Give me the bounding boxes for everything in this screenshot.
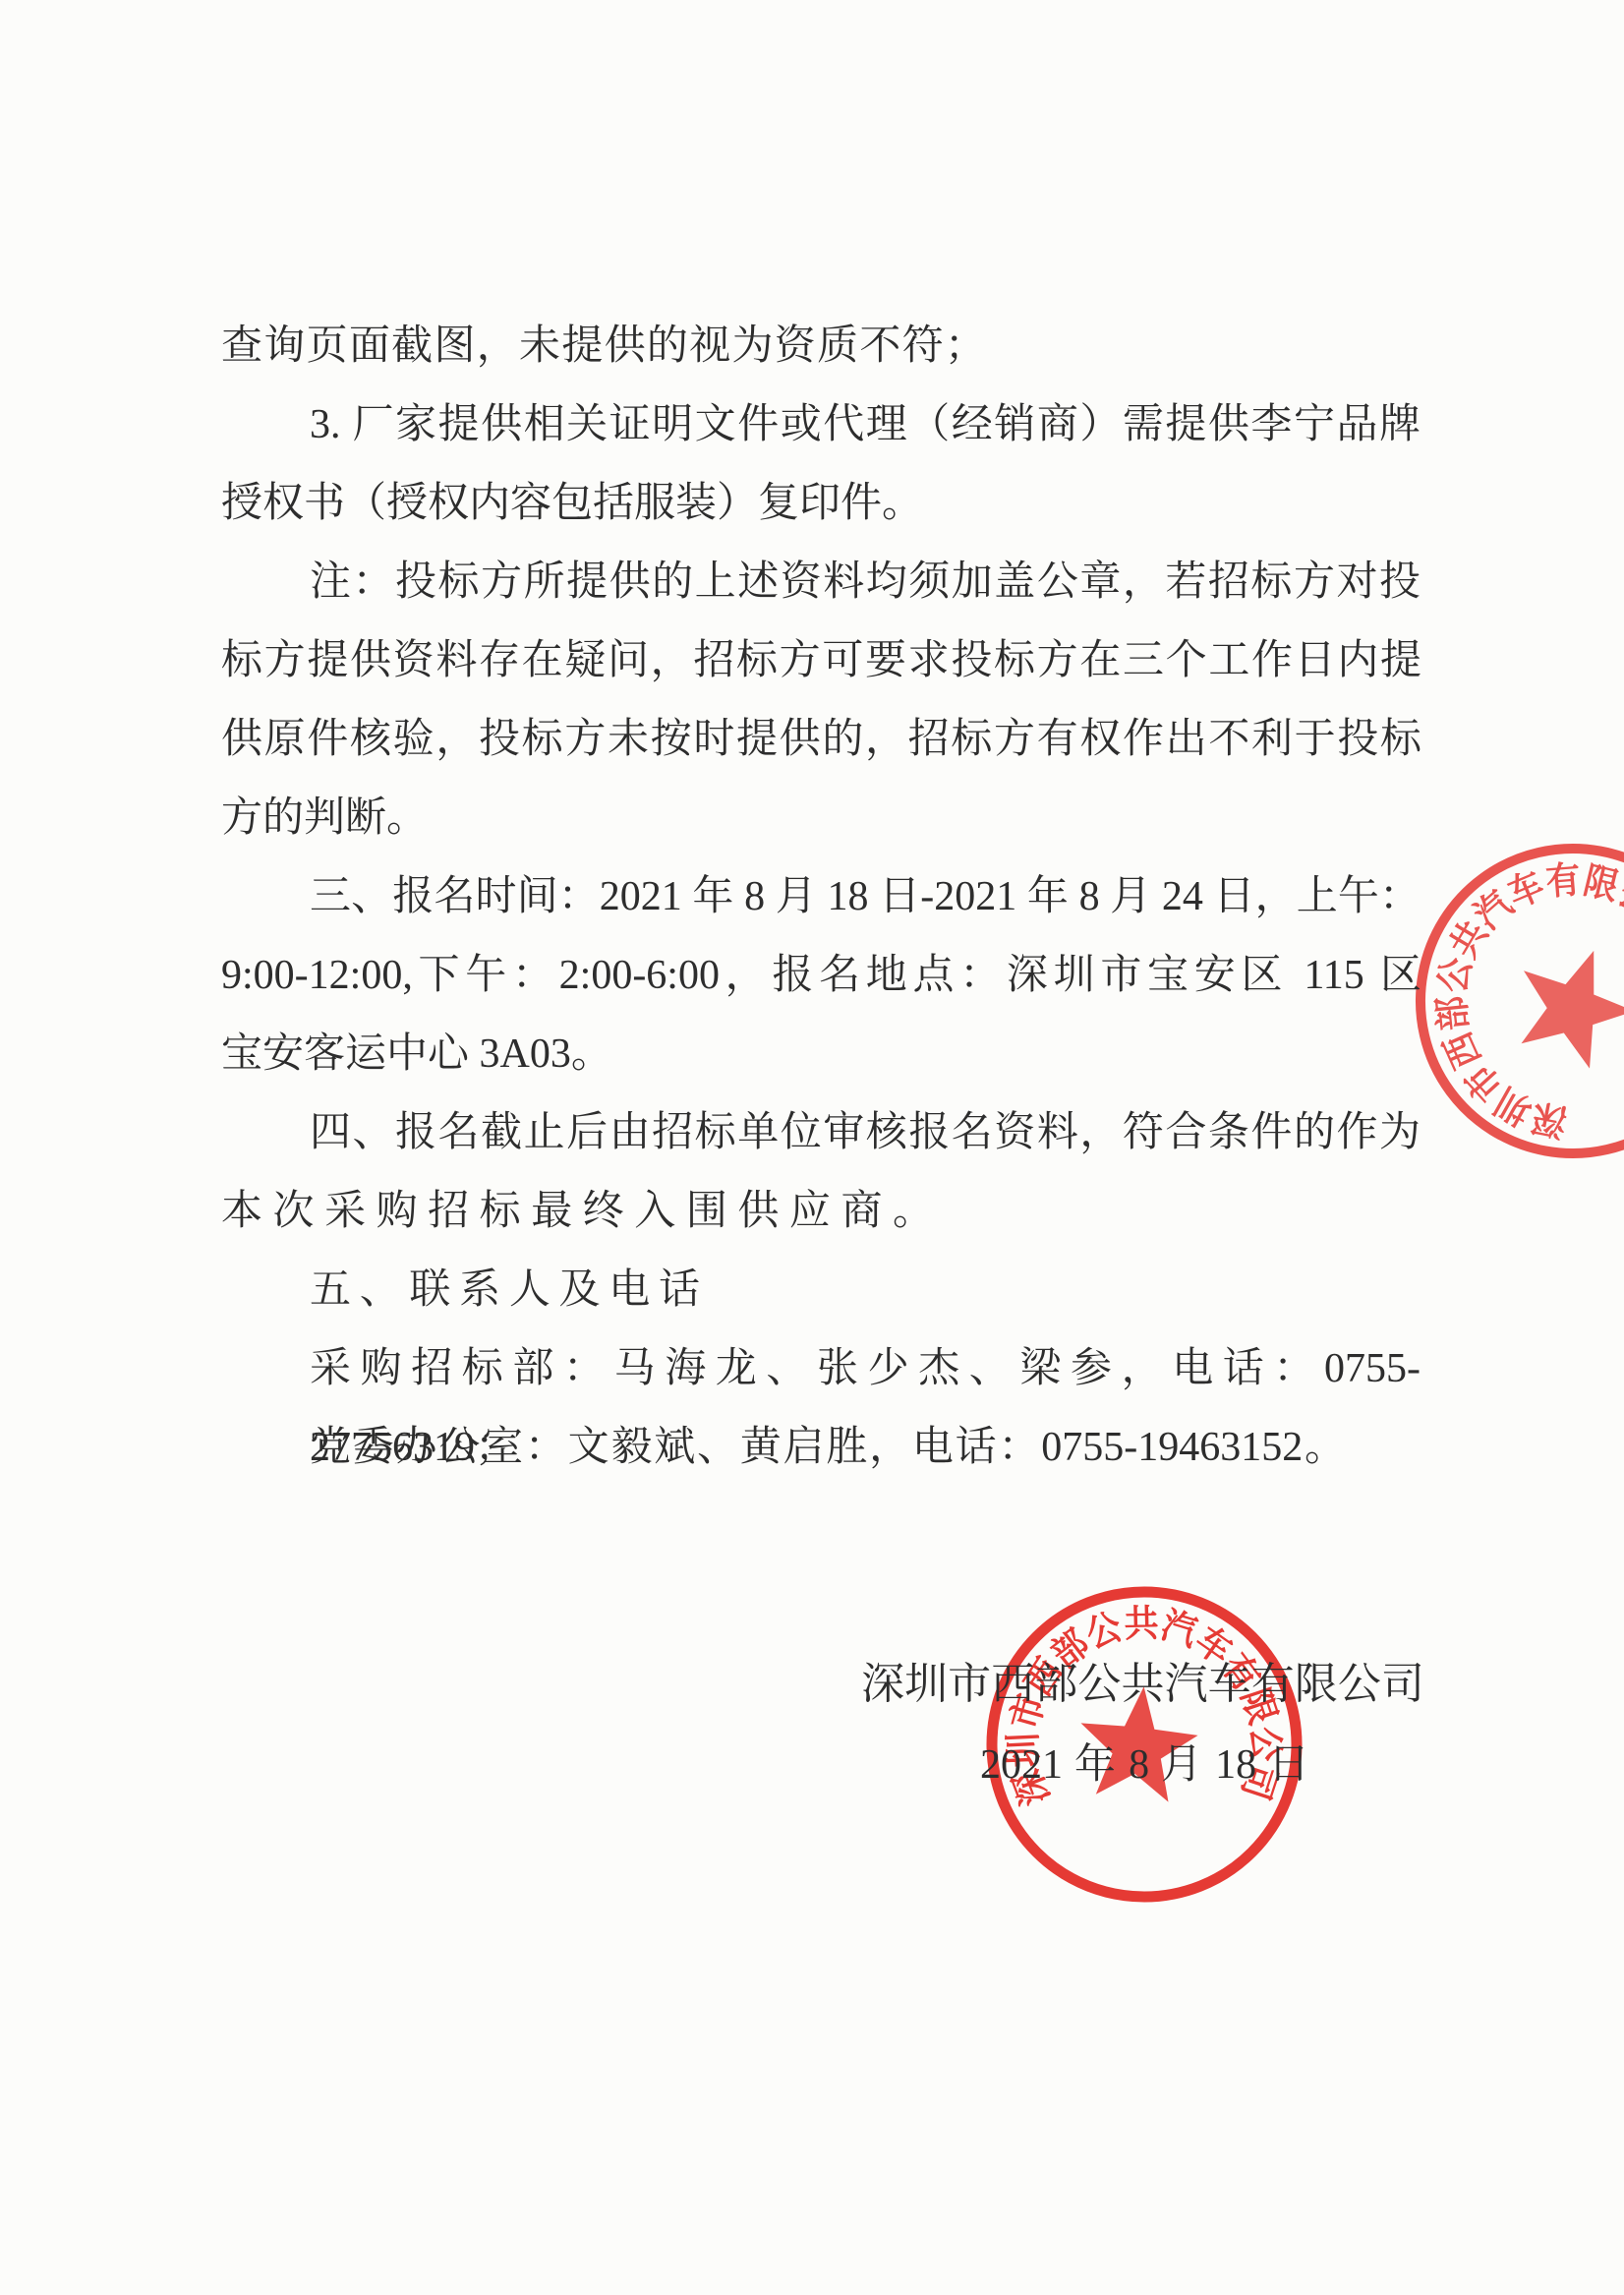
seal-star: [1490, 925, 1624, 1086]
body-line-7: 方的判断。: [221, 779, 1421, 857]
body-line-4: 注：投标方所提供的上述资料均须加盖公章，若招标方对投: [310, 543, 1421, 621]
body-line-3: 授权书（授权内容包括服装）复印件。: [221, 464, 1421, 543]
body-line-14: 采购招标部：马海龙、张少杰、梁参，电话：0755-27756319；: [310, 1329, 1421, 1408]
signature-date: 2021 年 8 月 18 日: [980, 1736, 1309, 1795]
body-line-15: 党委办公室：文毅斌、黄启胜，电话：0755-19463152。: [310, 1408, 1346, 1487]
company-seal-partial: 深圳市西部公共汽车有限公司: [1406, 834, 1624, 1168]
body-line-9: 9:00-12:00,下午：2:00-6:00，报名地点：深圳市宝安区 115 …: [221, 936, 1421, 1015]
document-body: 查询页面截图，未提供的视为资质不符； 3. 厂家提供相关证明文件或代理（经销商）…: [221, 307, 1421, 1487]
body-line-1: 查询页面截图，未提供的视为资质不符；: [221, 307, 986, 385]
body-line-6: 供原件核验，投标方未按时提供的，招标方有权作出不利于投标: [221, 700, 1421, 779]
body-line-13: 五、联系人及电话: [310, 1251, 700, 1329]
signature-company: 深圳市西部公共汽车有限公司: [861, 1655, 1424, 1714]
body-line-11: 四、报名截止后由招标单位审核报名资料，符合条件的作为: [310, 1093, 1421, 1172]
scanned-document-page: 查询页面截图，未提供的视为资质不符； 3. 厂家提供相关证明文件或代理（经销商）…: [0, 0, 1624, 2295]
body-line-12: 本次采购招标最终入围供应商。: [221, 1172, 934, 1251]
body-line-2: 3. 厂家提供相关证明文件或代理（经销商）需提供李宁品牌: [310, 385, 1421, 464]
body-line-8: 三、报名时间：2021 年 8 月 18 日-2021 年 8 月 24 日，上…: [310, 857, 1421, 936]
body-line-10: 宝安客运中心 3A03。: [221, 1015, 1421, 1093]
body-line-5: 标方提供资料存在疑问，招标方可要求投标方在三个工作日内提: [221, 621, 1421, 700]
